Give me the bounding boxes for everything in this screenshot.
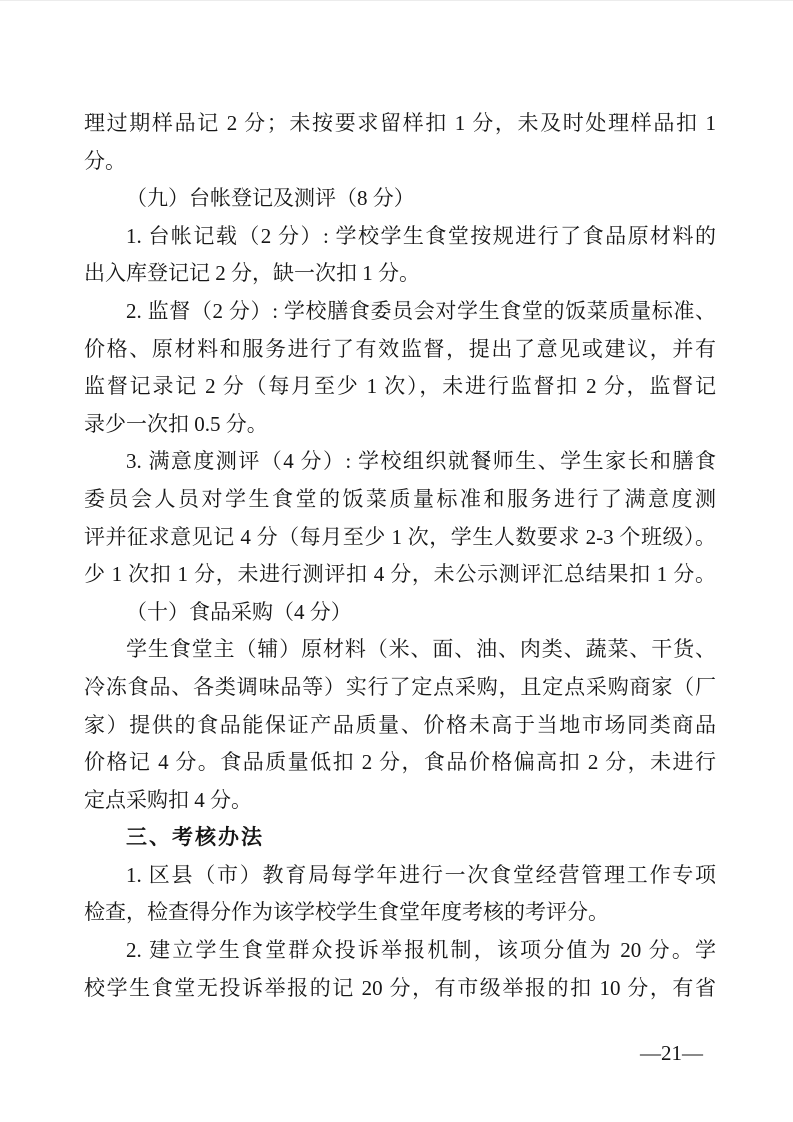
- text-line: 理过期样品记 2 分；未按要求留样扣 1 分，未及时处理样品扣 1: [84, 105, 716, 143]
- text-line: 检查，检查得分作为该学校学生食堂年度考核的考评分。: [84, 894, 716, 932]
- text-line: 出入库登记记 2 分，缺一次扣 1 分。: [84, 255, 716, 293]
- section-10-heading: （十）食品采购（4 分）: [84, 594, 716, 632]
- text-line: 录少一次扣 0.5 分。: [84, 406, 716, 444]
- text-line: 2. 建立学生食堂群众投诉举报机制，该项分值为 20 分。学: [84, 932, 716, 970]
- text-line: 家）提供的食品能保证产品质量、价格未高于当地市场同类商品: [84, 707, 716, 745]
- text-line: 价格记 4 分。食品质量低扣 2 分，食品价格偏高扣 2 分，未进行: [84, 744, 716, 782]
- text-line: 1. 台帐记载（2 分）: 学校学生食堂按规进行了食品原材料的: [84, 218, 716, 256]
- text-line: 评并征求意见记 4 分（每月至少 1 次，学生人数要求 2-3 个班级）。: [84, 519, 716, 557]
- document-page: 理过期样品记 2 分；未按要求留样扣 1 分，未及时处理样品扣 1 分。 （九）…: [0, 0, 793, 1122]
- text-line: 价格、原材料和服务进行了有效监督，提出了意见或建议，并有: [84, 331, 716, 369]
- text-line: 定点采购扣 4 分。: [84, 782, 716, 820]
- section-9-heading: （九）台帐登记及测评（8 分）: [84, 180, 716, 218]
- text-line: 委员会人员对学生食堂的饭菜质量标准和服务进行了满意度测: [84, 481, 716, 519]
- text-line: 监督记录记 2 分（每月至少 1 次），未进行监督扣 2 分，监督记: [84, 368, 716, 406]
- section-3-heading: 三、考核办法: [84, 819, 716, 857]
- text-line: 3. 满意度测评（4 分）: 学校组织就餐师生、学生家长和膳食: [84, 443, 716, 481]
- text-line: 学生食堂主（辅）原材料（米、面、油、肉类、蔬菜、干货、: [84, 631, 716, 669]
- text-line: 冷冻食品、各类调味品等）实行了定点采购，且定点采购商家（厂: [84, 669, 716, 707]
- document-body: 理过期样品记 2 分；未按要求留样扣 1 分，未及时处理样品扣 1 分。 （九）…: [84, 105, 716, 1007]
- text-line: 校学生食堂无投诉举报的记 20 分，有市级举报的扣 10 分，有省: [84, 970, 716, 1008]
- page-number: —21—: [640, 1041, 703, 1065]
- text-line: 1. 区县（市）教育局每学年进行一次食堂经营管理工作专项: [84, 857, 716, 895]
- text-line: 少 1 次扣 1 分，未进行测评扣 4 分，未公示测评汇总结果扣 1 分。: [84, 556, 716, 594]
- text-line: 2. 监督（2 分）: 学校膳食委员会对学生食堂的饭菜质量标准、: [84, 293, 716, 331]
- text-line: 分。: [84, 143, 716, 181]
